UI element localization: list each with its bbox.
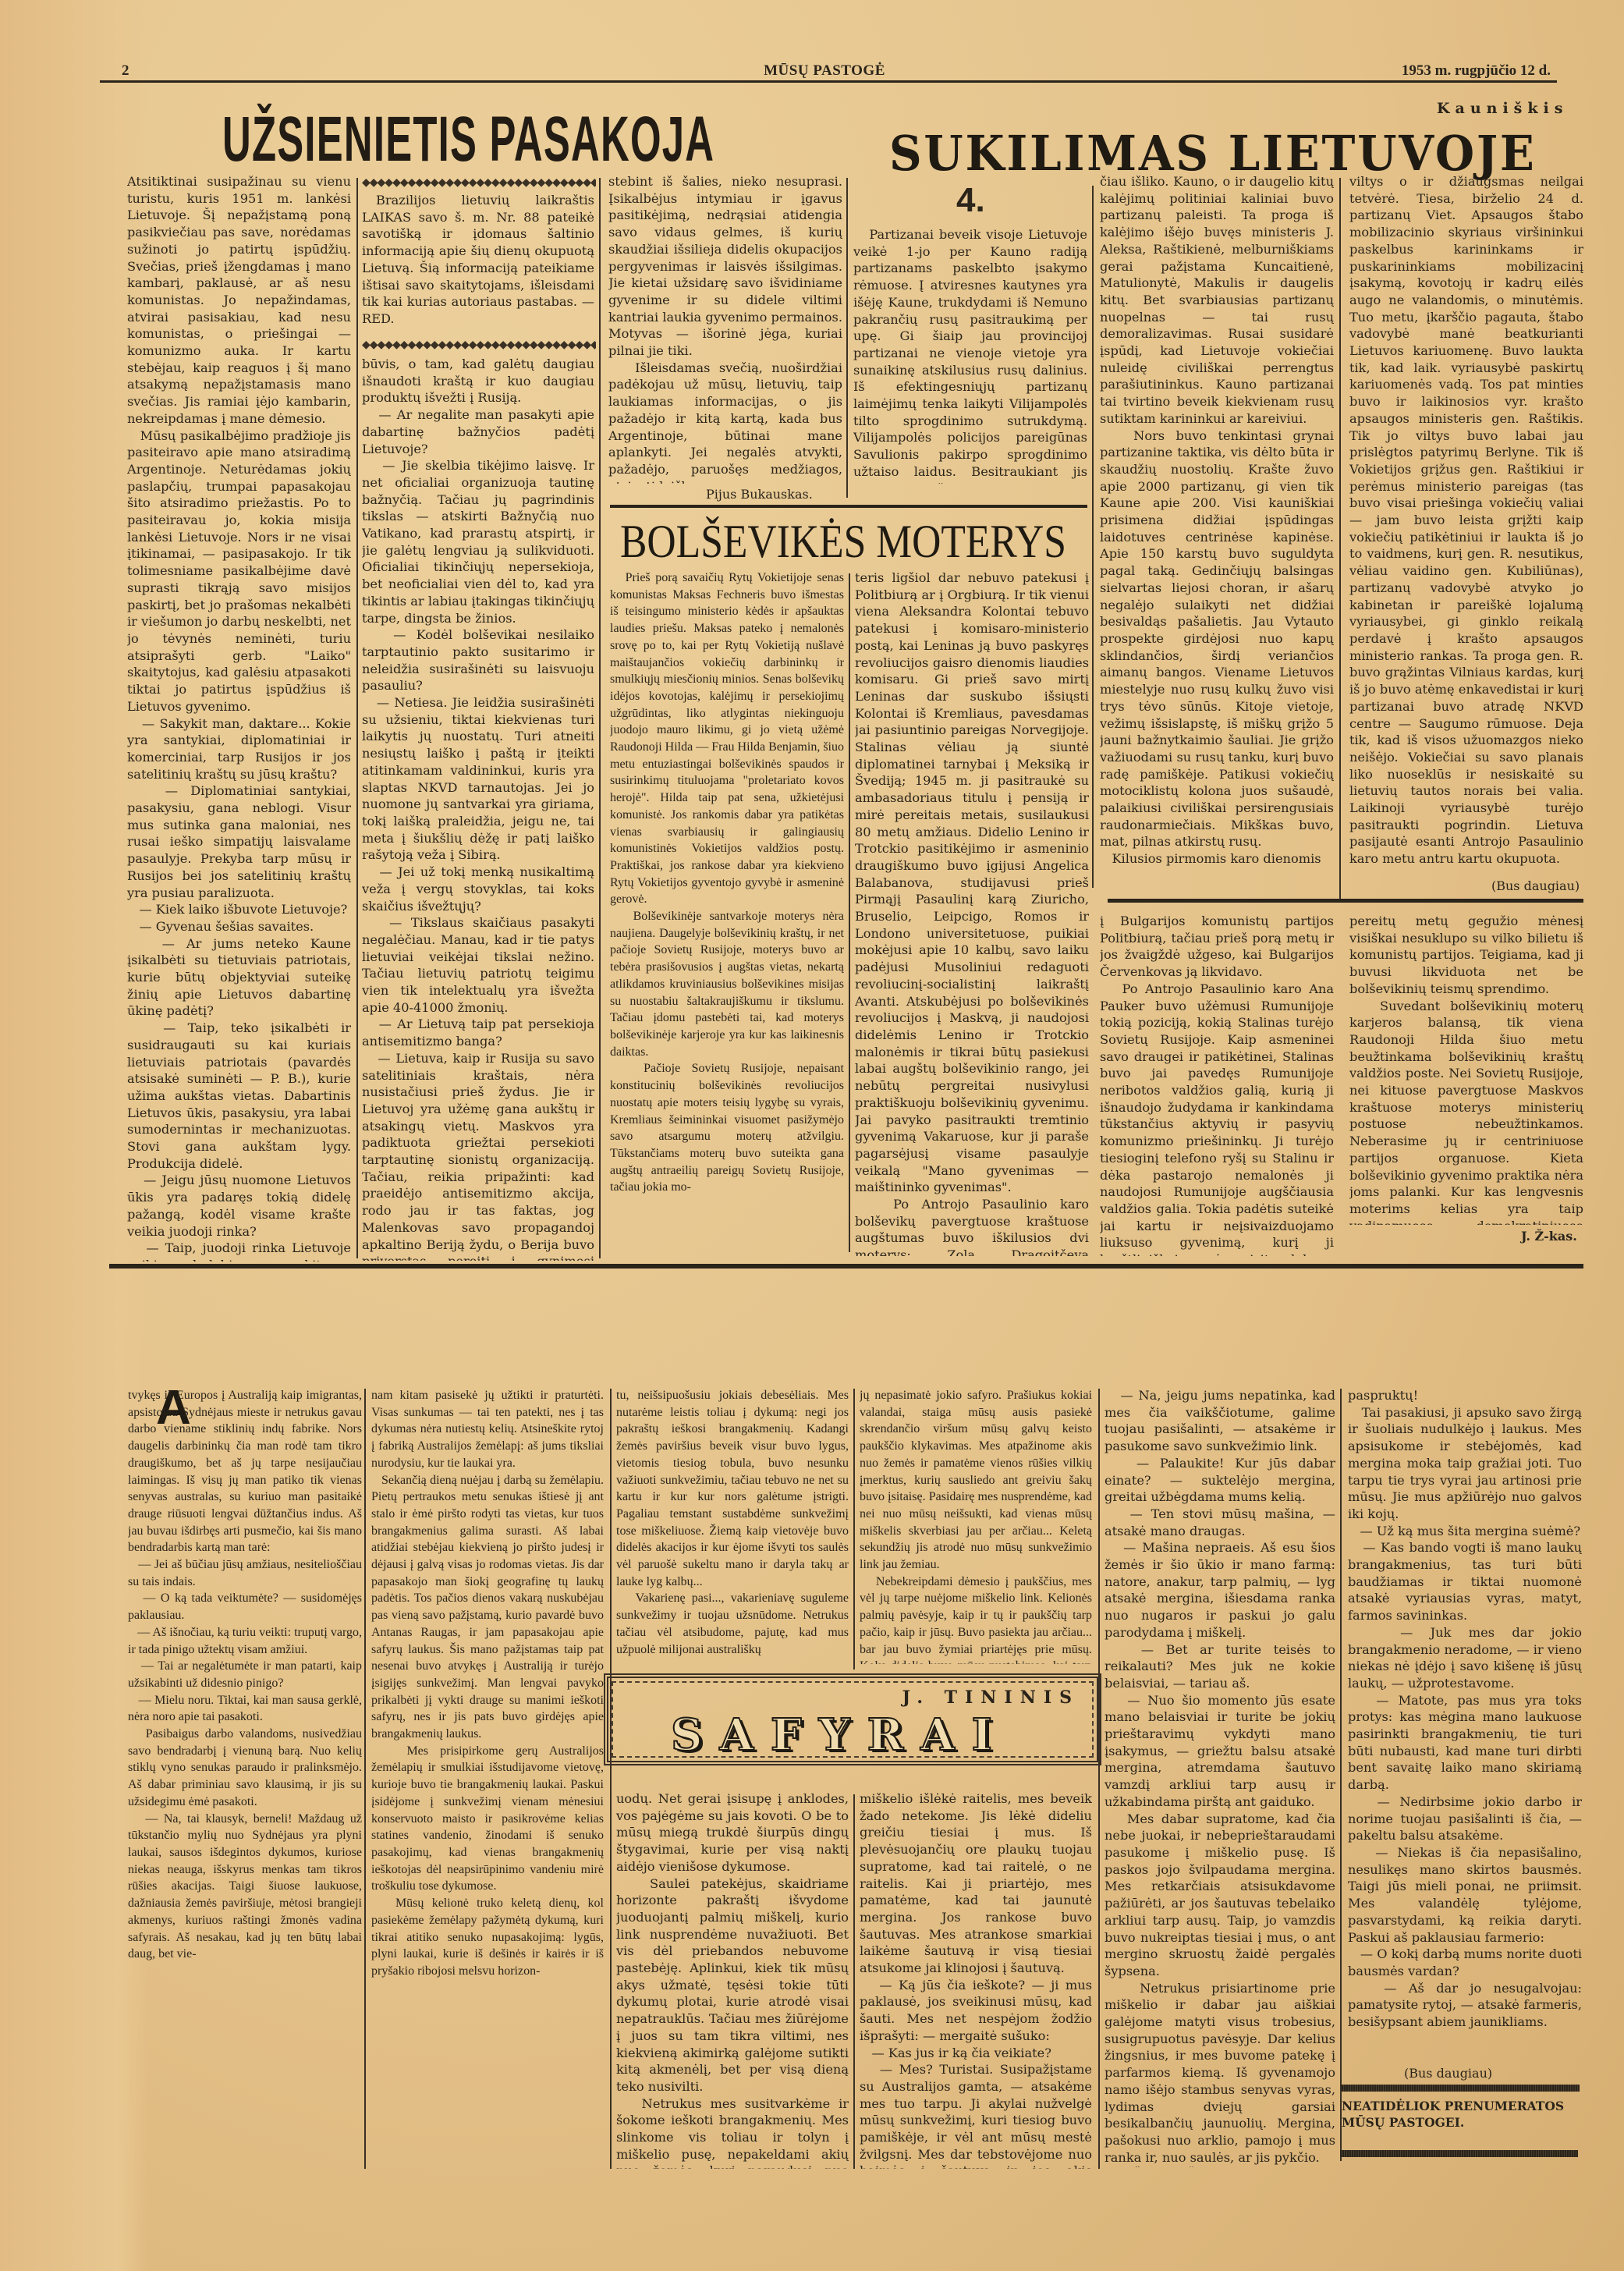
section-rule <box>109 1264 1583 1269</box>
header-rule <box>100 80 1557 83</box>
column-divider <box>356 178 358 1258</box>
sukilimas-col1: Partizanai beveik visoje Lietuvoje veikė… <box>853 226 1087 484</box>
notice-rule <box>1340 2150 1578 2157</box>
page-margin <box>0 0 148 2271</box>
headline-uzsienietis: UŽSIENIETIS PASAKOJA <box>222 103 714 176</box>
editor-note: Brazilijos lietuvių laikraštis LAIKAS sa… <box>362 192 594 328</box>
author-signature: Pijus Bukauskas. <box>706 487 813 502</box>
safyrai-title-box: J. TININIS SAFYRAI <box>604 1673 1101 1765</box>
issue-date: 1953 m. rugpjūčio 12 d. <box>1402 62 1551 80</box>
sukilimas-col2: čiau išliko. Kauno, o ir daugelio kitų k… <box>1100 173 1334 895</box>
safyrai-col3a: tu, neišsipuošusiu jokiais debesėliais. … <box>616 1387 849 1664</box>
continued-note: (Bus daugiau) <box>1491 878 1580 893</box>
uzsienietis-col1: Atsitiktinai susipažinau su vienu turist… <box>127 173 351 1261</box>
column-divider <box>1339 178 1341 900</box>
column-divider <box>853 1794 855 2169</box>
sukilimas-col3: viltys o ir džiaugsmas neilgai tetvėrė. … <box>1349 173 1583 879</box>
column-divider <box>610 1389 612 2169</box>
column-divider <box>599 178 601 1258</box>
bolsevikes-col4: pereitų metų gegužio mėnesį visiškai nes… <box>1349 913 1583 1225</box>
safyrai-col1: tvykęs iš Europos į Australiją kaip imig… <box>128 1387 362 2167</box>
safyrai-col3b: uodų. Net gerai įsisupę į anklodes, vos … <box>616 1790 849 2169</box>
safyrai-col6: paspruktų! Tai pasakiusi, ji apsuko savo… <box>1348 1387 1582 2066</box>
column-divider <box>846 178 848 498</box>
column-divider <box>364 1389 366 2169</box>
bolsevikes-col1: Prieš porą savaičių Rytų Vokietijoje sen… <box>610 570 844 1256</box>
page-number: 2 <box>122 62 129 80</box>
story-author: J. TININIS <box>902 1687 1080 1708</box>
page-header: 2 MŪSŲ PASTOGĖ 1953 m. rugpjūčio 12 d. <box>98 62 1551 82</box>
column-divider <box>1340 1389 1342 2161</box>
safyrai-col4a: jų nepasimatė jokio safyro. Prašiukus ko… <box>860 1387 1092 1664</box>
uzsienietis-col3: stebint iš šalies, nieko nesuprasi. Įsik… <box>608 173 842 484</box>
part-number: 4. <box>956 181 985 220</box>
section-rule <box>1108 899 1583 903</box>
headline-bolsevikes: BOLŠEVIKĖS MOTERYS <box>620 515 1066 569</box>
safyrai-col5: — Na, jeigu jums nepatinka, kad mes čia … <box>1105 1387 1335 2167</box>
ornament-rule: ◆◆◆◆◆◆◆◆◆◆◆◆◆◆◆◆◆◆◆◆◆◆◆◆◆◆◆◆◆◆◆ <box>362 176 596 189</box>
uzsienietis-col2: būvis, o tam, kad galėtų daugiau išnaudo… <box>362 356 594 1261</box>
column-divider <box>849 573 850 1252</box>
safyrai-col4b: miškelio išlėkė raitelis, mes beveik žad… <box>860 1790 1092 2169</box>
subscription-notice: NEATIDĖLIOK PRENUMERATOS MŪSŲ PASTOGEI. <box>1342 2098 1576 2131</box>
bolsevikes-col2: teris ligšiol dar nebuvo patekusi į Poli… <box>855 570 1089 1256</box>
continued-note: (Bus daugiau) <box>1404 2066 1492 2081</box>
safyrai-col2: nam kitam pasisekė jų užtikti ir praturt… <box>371 1387 604 2167</box>
notice-rule <box>1342 2085 1580 2092</box>
section-rule <box>610 505 1087 508</box>
column-divider <box>1092 186 1094 888</box>
author-signature: J. Ž-kas. <box>1521 1229 1577 1244</box>
ornament-rule: ◆◆◆◆◆◆◆◆◆◆◆◆◆◆◆◆◆◆◆◆◆◆◆◆◆◆◆◆◆◆◆ <box>362 339 596 351</box>
article-kicker: Kauniškis <box>1437 100 1568 117</box>
column-divider <box>1098 1389 1100 2169</box>
bolsevikes-col3: į Bulgarijos komunistų partijos Politbiu… <box>1100 913 1334 1256</box>
newspaper-title: MŪSŲ PASTOGĖ <box>764 62 885 80</box>
headline-safyrai: SAFYRAI <box>671 1709 1009 1761</box>
column-divider <box>853 1389 855 1670</box>
